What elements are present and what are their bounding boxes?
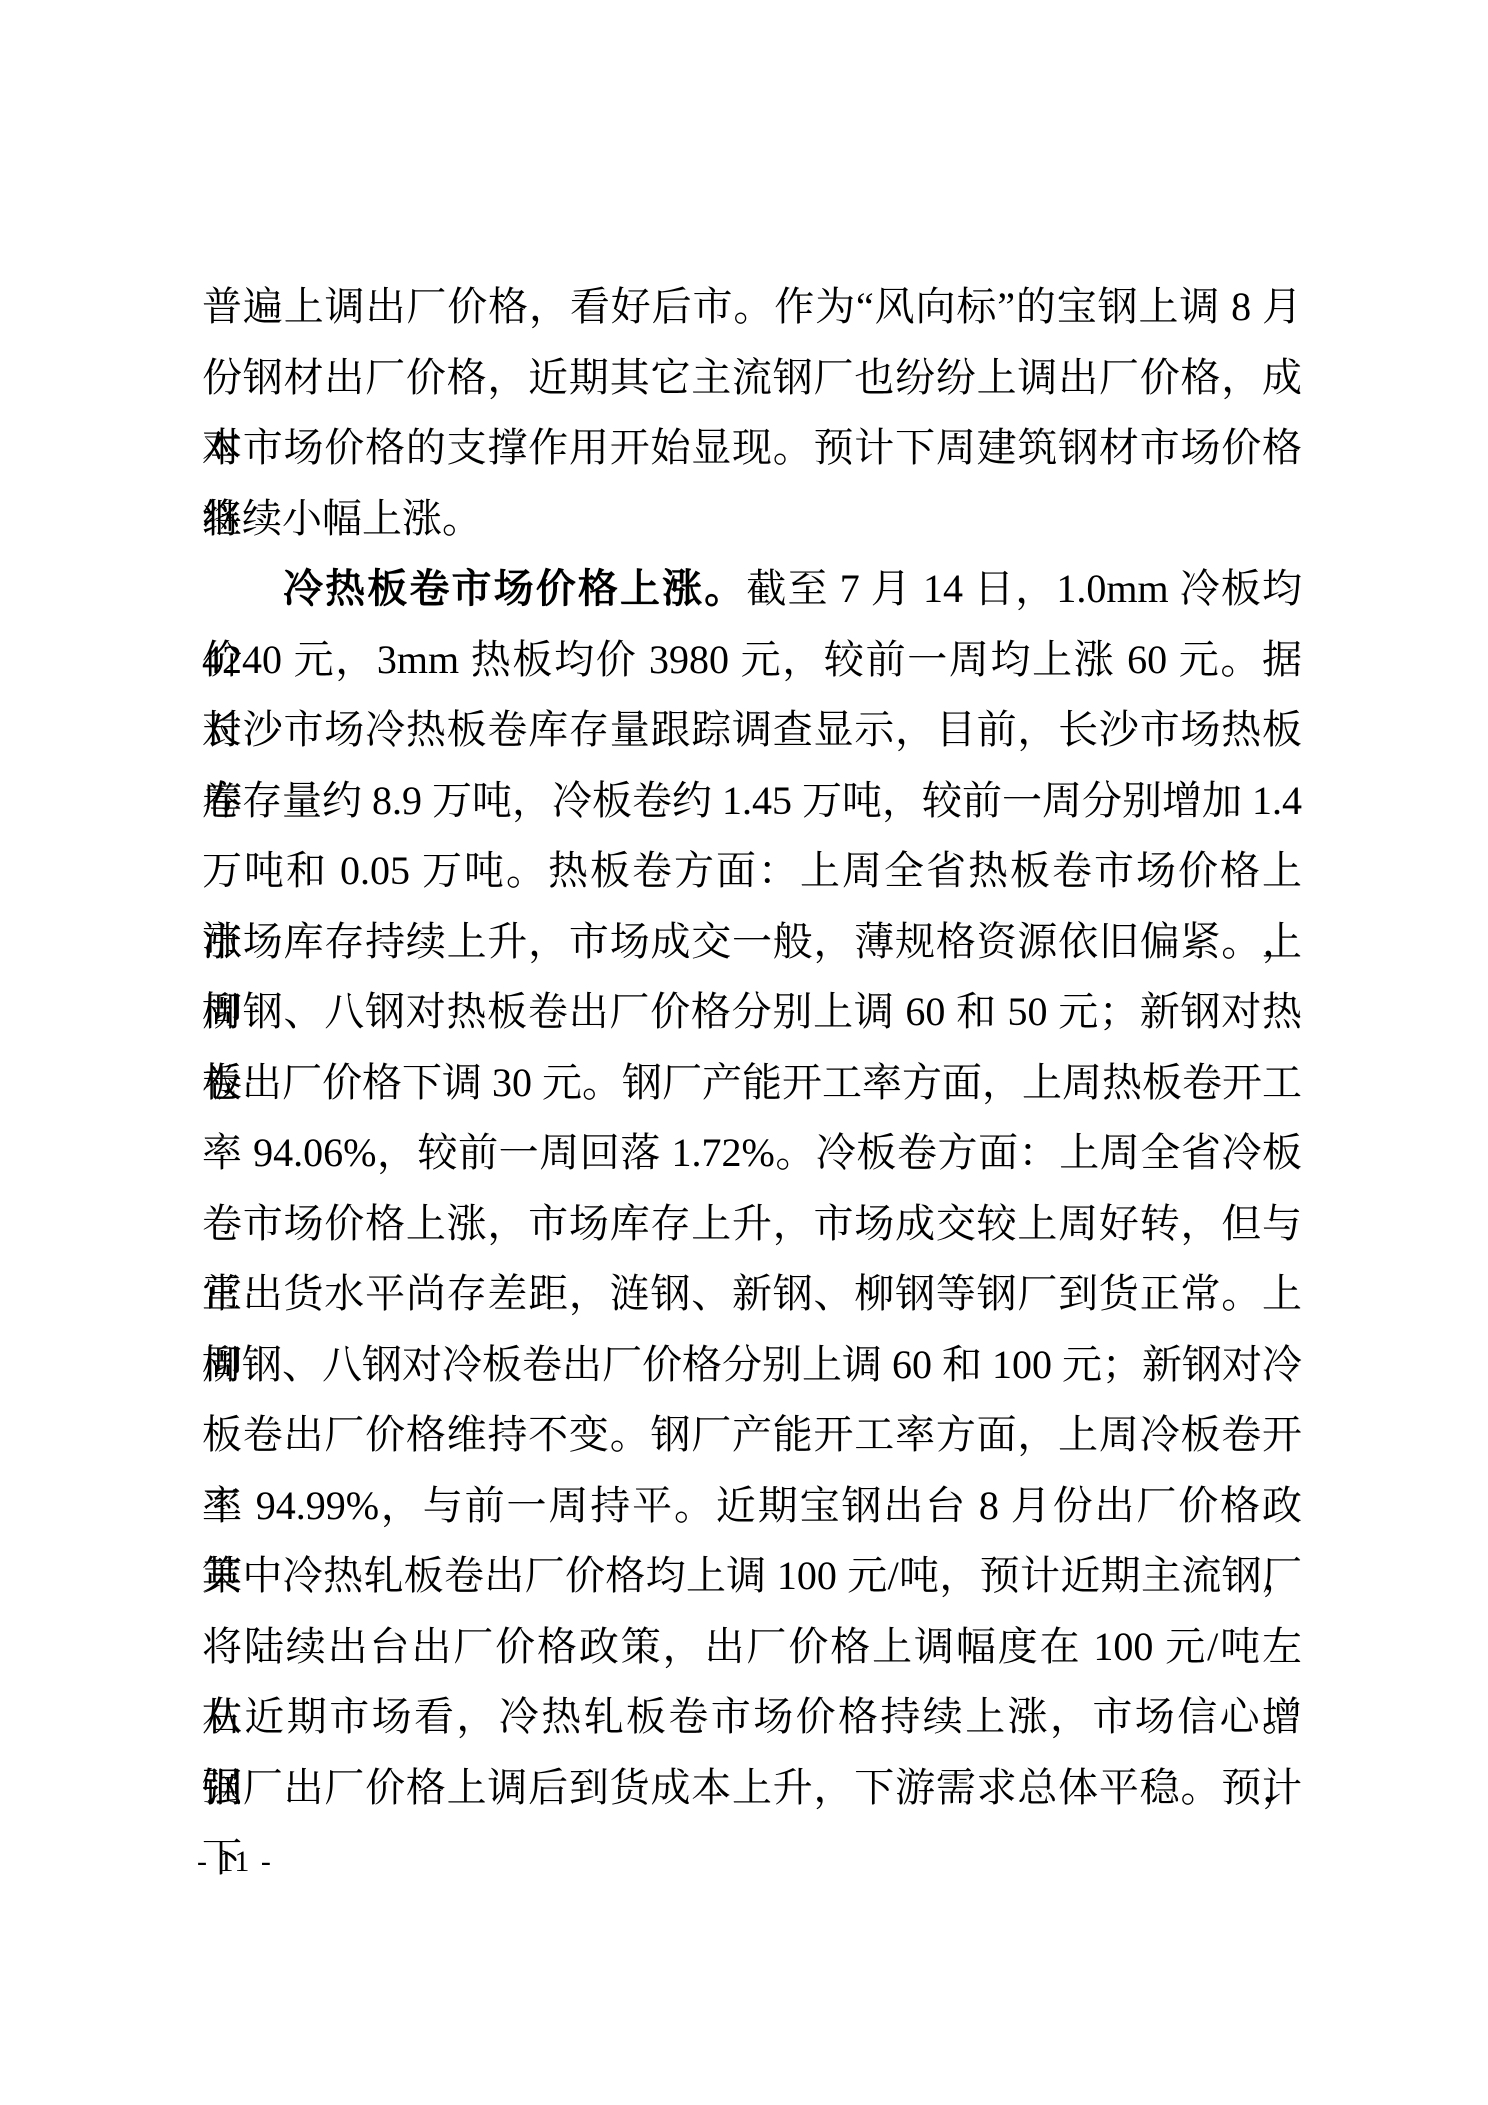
line-text: 普遍上调出厂价格，看好后市。作为“风向标”的宝钢上调 8 月 [202,284,1302,329]
text-line: 常出货水平尚存差距，涟钢、新钢、柳钢等钢厂到货正常。上周 [202,1259,1302,1330]
text-line: 率 94.06%，较前一周回落 1.72%。冷板卷方面：上周全省冷板 [202,1118,1302,1189]
text-line: 市场库存持续上升，市场成交一般，薄规格资源依旧偏紧。上周 [202,907,1302,978]
line-text: 钢厂出厂价格上调后到货成本上升，下游需求总体平稳。预计下 [202,1765,1302,1881]
line-text: 继续小幅上涨。 [202,496,482,541]
text-line: 率 94.99%，与前一周持平。近期宝钢出台 8 月份出厂价格政策， [202,1471,1302,1542]
text-line: 其中冷热轧板卷出厂价格均上调 100 元/吨，预计近期主流钢厂 [202,1541,1302,1612]
text-line: 将陆续出台出厂价格政策，出厂价格上调幅度在 100 元/吨左右。 [202,1612,1302,1683]
text-line: 库存量约 8.9 万吨，冷板卷约 1.45 万吨，较前一周分别增加 1.4 [202,766,1302,837]
line-text: 率 94.06%，较前一周回落 1.72%。冷板卷方面：上周全省冷板 [202,1130,1302,1175]
text-line: 对市场价格的支撑作用开始显现。预计下周建筑钢材市场价格将 [202,413,1302,484]
text-line: 柳钢、八钢对冷板卷出厂价格分别上调 60 和 100 元；新钢对冷 [202,1330,1302,1401]
text-line: 万吨和 0.05 万吨。热板卷方面：上周全省热板卷市场价格上涨， [202,836,1302,907]
text-line: 板卷出厂价格维持不变。钢厂产能开工率方面，上周冷板卷开工 [202,1400,1302,1471]
line-text: 柳钢、八钢对冷板卷出厂价格分别上调 60 和 100 元；新钢对冷 [202,1342,1302,1387]
line-text: 库存量约 8.9 万吨，冷板卷约 1.45 万吨，较前一周分别增加 1.4 [202,778,1302,823]
text-line: 卷出厂价格下调 30 元。钢厂产能开工率方面，上周热板卷开工 [202,1048,1302,1119]
document-page: 普遍上调出厂价格，看好后市。作为“风向标”的宝钢上调 8 月份钢材出厂价格，近期… [0,0,1488,2105]
text-line: 钢厂出厂价格上调后到货成本上升，下游需求总体平稳。预计下 [202,1753,1302,1824]
text-line: 长沙市场冷热板卷库存量跟踪调查显示，目前，长沙市场热板卷 [202,695,1302,766]
text-line: 柳钢、八钢对热板卷出厂价格分别上调 60 和 50 元；新钢对热板 [202,977,1302,1048]
text-line: 普遍上调出厂价格，看好后市。作为“风向标”的宝钢上调 8 月 [202,272,1302,343]
text-line: 冷热板卷市场价格上涨。截至 7 月 14 日，1.0mm 冷板均价 [202,554,1302,625]
body-text: 普遍上调出厂价格，看好后市。作为“风向标”的宝钢上调 8 月份钢材出厂价格，近期… [202,272,1302,1823]
line-text: 其中冷热轧板卷出厂价格均上调 100 元/吨，预计近期主流钢厂 [202,1553,1302,1598]
text-line: 继续小幅上涨。 [202,484,1302,555]
page-number: - 11 - [197,1845,273,1879]
text-line: 份钢材出厂价格，近期其它主流钢厂也纷纷上调出厂价格，成本 [202,343,1302,414]
text-line: 从近期市场看，冷热轧板卷市场价格持续上涨，市场信心增强， [202,1682,1302,1753]
text-line: 卷市场价格上涨，市场库存上升，市场成交较上周好转，但与正 [202,1189,1302,1260]
bold-lead-text: 冷热板卷市场价格上涨。 [283,567,746,611]
text-line: 4240 元，3mm 热板均价 3980 元，较前一周均上涨 60 元。据对 [202,625,1302,696]
line-text: 卷出厂价格下调 30 元。钢厂产能开工率方面，上周热板卷开工 [202,1060,1302,1105]
